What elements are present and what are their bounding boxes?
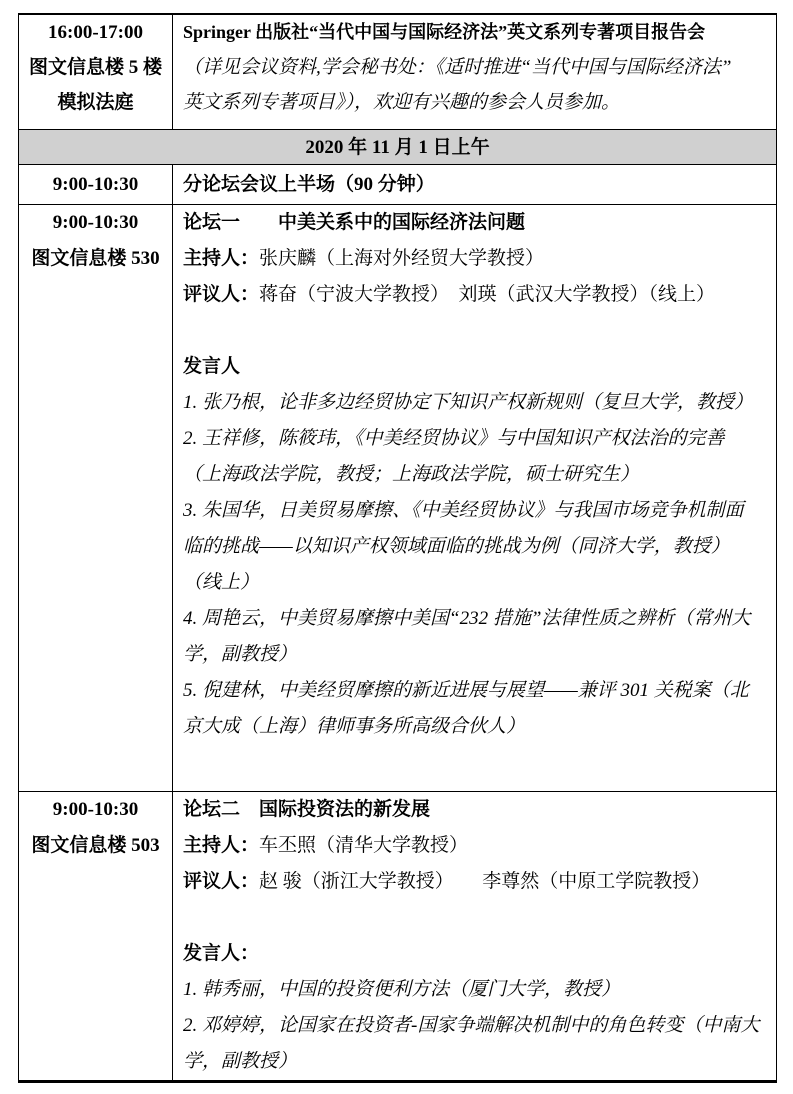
forum1-speakers-label: 发言人 — [183, 349, 768, 385]
springer-session-detail-cell: Springer 出版社“当代中国与国际经济法”英文系列专著项目报告会 （详见会… — [173, 15, 776, 129]
forum2-discussant-line: 评议人：赵 骏（浙江大学教授） 李尊然（中原工学院教授） — [183, 864, 768, 900]
session-half-time-cell: 9:00-10:30 — [19, 165, 173, 204]
speaker-line: 2. 王祥修，陈筱玮，《中美经贸协议》与中国知识产权法治的完善 — [183, 421, 768, 457]
forum1-time-location-cell: 9:00-10:30 图文信息楼 530 — [19, 205, 173, 791]
springer-session-title: Springer 出版社“当代中国与国际经济法”英文系列专著项目报告会 — [183, 15, 768, 50]
session-half-row: 9:00-10:30 分论坛会议上半场（90 分钟） — [19, 165, 776, 205]
forum1-host-name: 张庆麟（上海对外经贸大学教授） — [259, 248, 544, 269]
springer-session-row: 16:00-17:00 图文信息楼 5 楼 模拟法庭 Springer 出版社“… — [19, 15, 776, 130]
speaker-line: 3. 朱国华，日美贸易摩擦、《中美经贸协议》与我国市场竞争机制面 — [183, 493, 768, 529]
speaker-line: 临的挑战——以知识产权领域面临的挑战为例（同济大学，教授） — [183, 529, 768, 565]
forum2-detail-cell: 论坛二 国际投资法的新发展 主持人：车丕照（清华大学教授） 评议人：赵 骏（浙江… — [173, 792, 776, 1080]
forum2-time-location-cell: 9:00-10:30 图文信息楼 503 — [19, 792, 173, 1080]
forum1-discussant-names: 蒋奋（宁波大学教授） 刘瑛（武汉大学教授）（线上） — [259, 284, 715, 305]
forum1-host-line: 主持人：张庆麟（上海对外经贸大学教授） — [183, 241, 768, 277]
conference-program-table: 16:00-17:00 图文信息楼 5 楼 模拟法庭 Springer 出版社“… — [18, 13, 777, 1083]
forum1-discussant-line: 评议人：蒋奋（宁波大学教授） 刘瑛（武汉大学教授）（线上） — [183, 277, 768, 313]
forum2-discussant-names: 赵 骏（浙江大学教授） 李尊然（中原工学院教授） — [259, 871, 710, 892]
forum2-row: 9:00-10:30 图文信息楼 503 论坛二 国际投资法的新发展 主持人：车… — [19, 792, 776, 1080]
date-banner-row: 2020 年 11 月 1 日上午 — [19, 130, 776, 165]
forum1-discussant-label: 评议人： — [183, 284, 259, 305]
speaker-line: 5. 倪建林，中美经贸摩擦的新近进展与展望——兼评 301 关税案（北 — [183, 673, 768, 709]
speaker-line: 2. 邓婷婷，论国家在投资者-国家争端解决机制中的角色转变（中南大 — [183, 1008, 768, 1044]
blank-line — [183, 900, 768, 936]
session-half-title-cell: 分论坛会议上半场（90 分钟） — [173, 165, 776, 204]
springer-session-time: 16:00-17:00 — [19, 15, 172, 50]
springer-time-location-cell: 16:00-17:00 图文信息楼 5 楼 模拟法庭 — [19, 15, 173, 129]
forum1-host-label: 主持人： — [183, 248, 259, 269]
forum2-speakers-label: 发言人： — [183, 936, 768, 972]
forum2-host-label: 主持人： — [183, 835, 259, 856]
forum2-host-name: 车丕照（清华大学教授） — [259, 835, 468, 856]
forum1-detail-cell: 论坛一 中美关系中的国际经济法问题 主持人：张庆麟（上海对外经贸大学教授） 评议… — [173, 205, 776, 791]
forum1-title: 论坛一 中美关系中的国际经济法问题 — [183, 205, 768, 241]
speaker-line: 京大成（上海）律师事务所高级合伙人） — [183, 709, 768, 745]
forum2-discussant-label: 评议人： — [183, 871, 259, 892]
forum1-time: 9:00-10:30 — [19, 205, 172, 241]
speaker-line: 1. 韩秀丽，中国的投资便利方法（厦门大学，教授） — [183, 972, 768, 1008]
springer-session-room: 模拟法庭 — [19, 85, 172, 120]
springer-session-note-line2: 英文系列专著项目》），欢迎有兴趣的参会人员参加。 — [183, 85, 768, 120]
forum2-location: 图文信息楼 503 — [19, 828, 172, 864]
forum2-time: 9:00-10:30 — [19, 792, 172, 828]
speaker-line: 学，副教授） — [183, 1044, 768, 1080]
forum2-host-line: 主持人：车丕照（清华大学教授） — [183, 828, 768, 864]
springer-session-note-line1: （详见会议资料,学会秘书处：《适时推进“当代中国与国际经济法” — [183, 50, 768, 85]
session-half-time: 9:00-10:30 — [19, 165, 172, 204]
date-banner-text: 2020 年 11 月 1 日上午 — [305, 130, 489, 165]
forum1-row: 9:00-10:30 图文信息楼 530 论坛一 中美关系中的国际经济法问题 主… — [19, 205, 776, 792]
forum2-title: 论坛二 国际投资法的新发展 — [183, 792, 768, 828]
forum1-location: 图文信息楼 530 — [19, 241, 172, 277]
speaker-line: 学，副教授） — [183, 637, 768, 673]
speaker-line: 4. 周艳云，中美贸易摩擦中美国“232 措施”法律性质之辨析（常州大 — [183, 601, 768, 637]
blank-line — [183, 313, 768, 349]
speaker-line: 1. 张乃根，论非多边经贸协定下知识产权新规则（复旦大学，教授） — [183, 385, 768, 421]
springer-session-building: 图文信息楼 5 楼 — [19, 50, 172, 85]
session-half-title: 分论坛会议上半场（90 分钟） — [183, 165, 768, 204]
speaker-line: （线上） — [183, 565, 768, 601]
speaker-line: （上海政法学院，教授；上海政法学院，硕士研究生） — [183, 457, 768, 493]
